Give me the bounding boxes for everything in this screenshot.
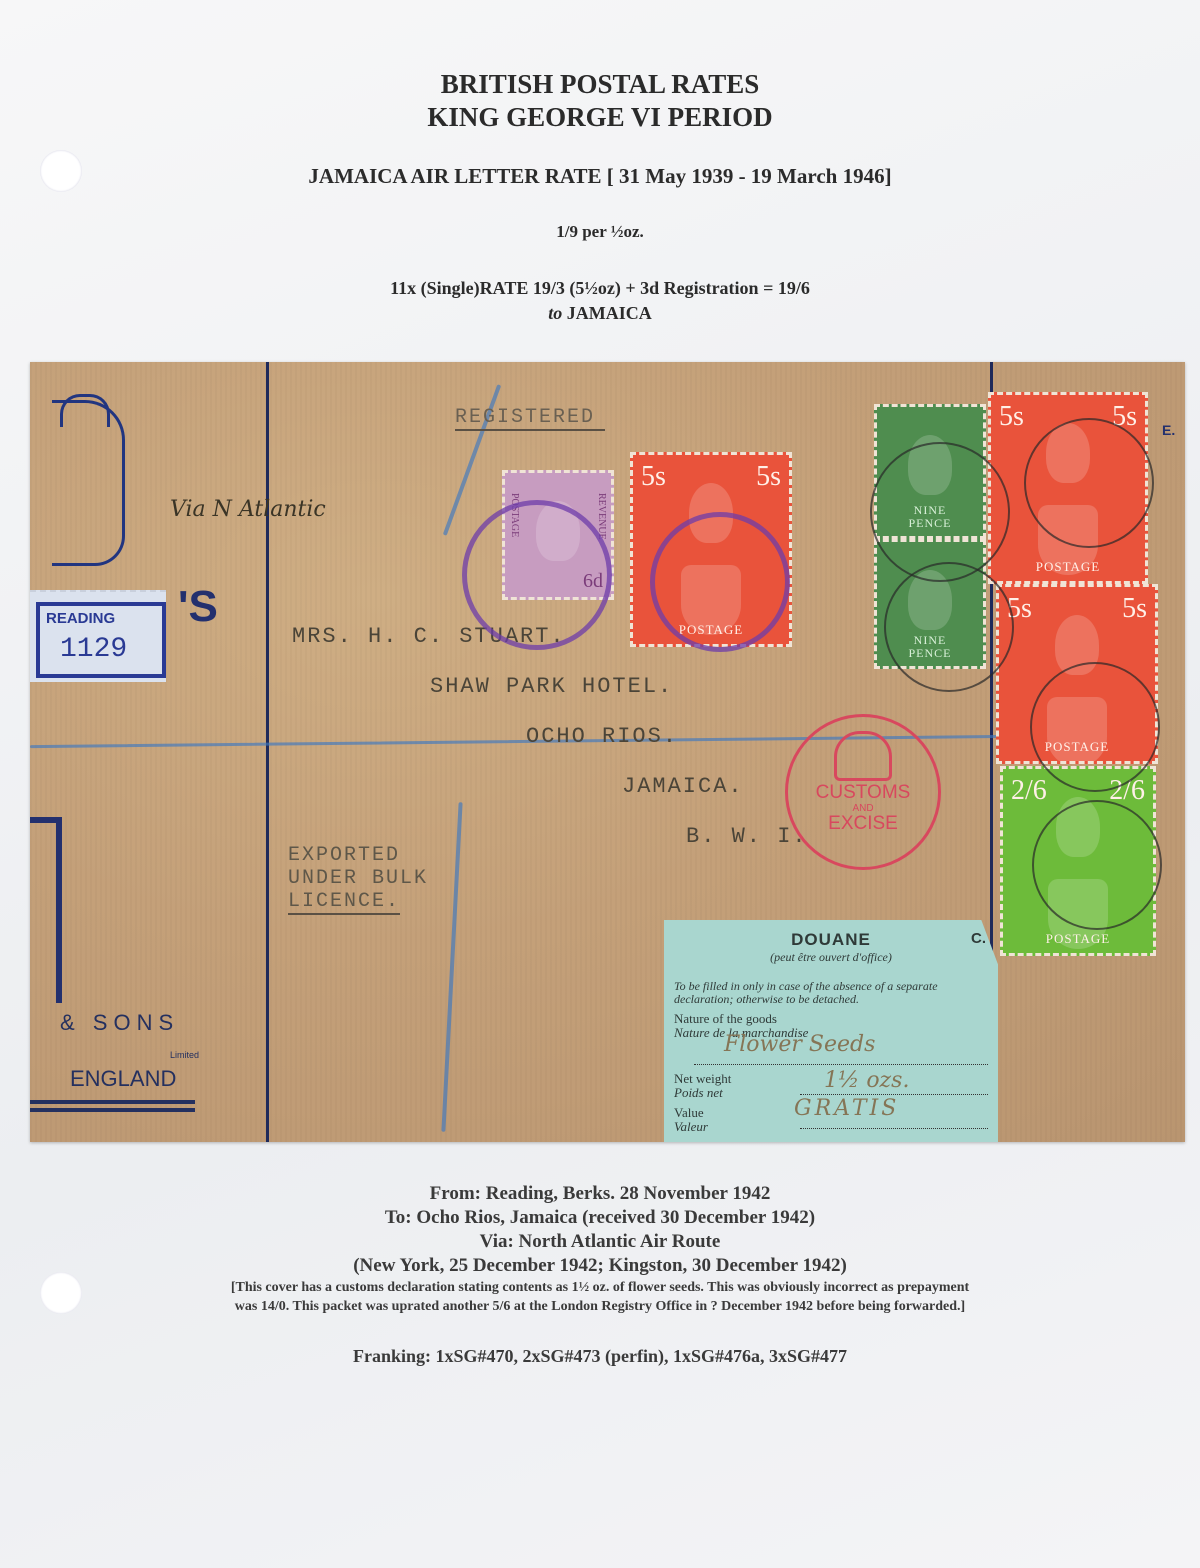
firm-rule — [30, 1100, 195, 1104]
customs-excise-cachet: CUSTOMS AND EXCISE — [785, 714, 941, 870]
crown-icon — [834, 731, 892, 781]
handwritten-route: Via N Atlantic — [170, 497, 326, 522]
weight-field: Net weight Poids net — [674, 1072, 731, 1100]
divider-line — [266, 362, 269, 1142]
douane-title: DOUANE — [664, 930, 998, 950]
firm-limited: Limited — [170, 1050, 199, 1060]
rate-name: JAMAICA AIR LETTER RATE [ 31 May 1939 - … — [0, 164, 1200, 189]
reading-postmark — [870, 442, 1010, 582]
value-value: GRATIS — [794, 1096, 899, 1121]
title-line-1: BRITISH POSTAL RATES — [0, 68, 1200, 101]
reading-postmark — [884, 562, 1014, 692]
title-line-2: KING GEORGE VI PERIOD — [0, 101, 1200, 134]
customs-declaration-label: DOUANE C. (peut être ouvert d'office) To… — [664, 920, 998, 1142]
douane-instructions: To be filled in only in case of the abse… — [674, 980, 990, 1006]
edge-text: E. — [1162, 422, 1175, 438]
firm-bracket — [30, 817, 62, 1003]
registration-label: READING 1129 — [30, 590, 166, 682]
registration-town: READING — [46, 610, 115, 627]
postal-cover: Via N Atlantic READING 1129 'S & SONS Li… — [30, 362, 1185, 1142]
page-title: BRITISH POSTAL RATES KING GEORGE VI PERI… — [0, 68, 1200, 134]
address-line-2: SHAW PARK HOTEL. — [430, 674, 673, 699]
rate-per: 1/9 per ½oz. — [0, 222, 1200, 242]
destination: JAMAICA — [567, 303, 652, 323]
seed-merchant-crest-icon — [52, 400, 122, 580]
destination-prefix: to — [548, 303, 562, 323]
firm-name-fragment: 'S — [178, 582, 218, 632]
blue-crayon-stroke — [441, 802, 462, 1132]
firm-sons: & SONS — [60, 1010, 179, 1036]
registration-number: 1129 — [60, 634, 127, 665]
douane-code: C. — [971, 930, 986, 947]
violet-registry-postmark-2 — [650, 512, 790, 652]
rate-calculation: 11x (Single)RATE 19/3 (5½oz) + 3d Regist… — [0, 276, 1200, 326]
address-line-3: OCHO RIOS. — [526, 724, 678, 749]
caption-from: From: Reading, Berks. 28 November 1942 — [0, 1182, 1200, 1206]
destination-line: to JAMAICA — [0, 301, 1200, 326]
caption-franking: Franking: 1xSG#470, 2xSG#473 (perfin), 1… — [0, 1346, 1200, 1367]
caption-transit: (New York, 25 December 1942; Kingston, 3… — [0, 1254, 1200, 1278]
address-line-4: JAMAICA. — [622, 774, 744, 799]
value-field: Value Valeur — [674, 1106, 708, 1134]
export-marking: EXPORTED UNDER BULK LICENCE. — [288, 844, 428, 915]
firm-country: ENGLAND — [70, 1066, 176, 1092]
firm-rule — [30, 1108, 195, 1112]
violet-registry-postmark — [462, 500, 612, 650]
caption-via: Via: North Atlantic Air Route — [0, 1230, 1200, 1254]
reading-postmark — [1032, 800, 1162, 930]
douane-subtitle: (peut être ouvert d'office) — [664, 950, 998, 965]
calculation-line: 11x (Single)RATE 19/3 (5½oz) + 3d Regist… — [0, 276, 1200, 301]
reading-postmark — [1030, 662, 1160, 792]
cover-description: From: Reading, Berks. 28 November 1942 T… — [0, 1182, 1200, 1367]
caption-to: To: Ocho Rios, Jamaica (received 30 Dece… — [0, 1206, 1200, 1230]
registered-marking: REGISTERED — [455, 406, 605, 431]
caption-note: [This cover has a customs declaration st… — [220, 1278, 980, 1316]
nature-value: Flower Seeds — [724, 1032, 875, 1057]
weight-value: 1½ ozs. — [824, 1068, 909, 1093]
reading-postmark — [1024, 418, 1154, 548]
